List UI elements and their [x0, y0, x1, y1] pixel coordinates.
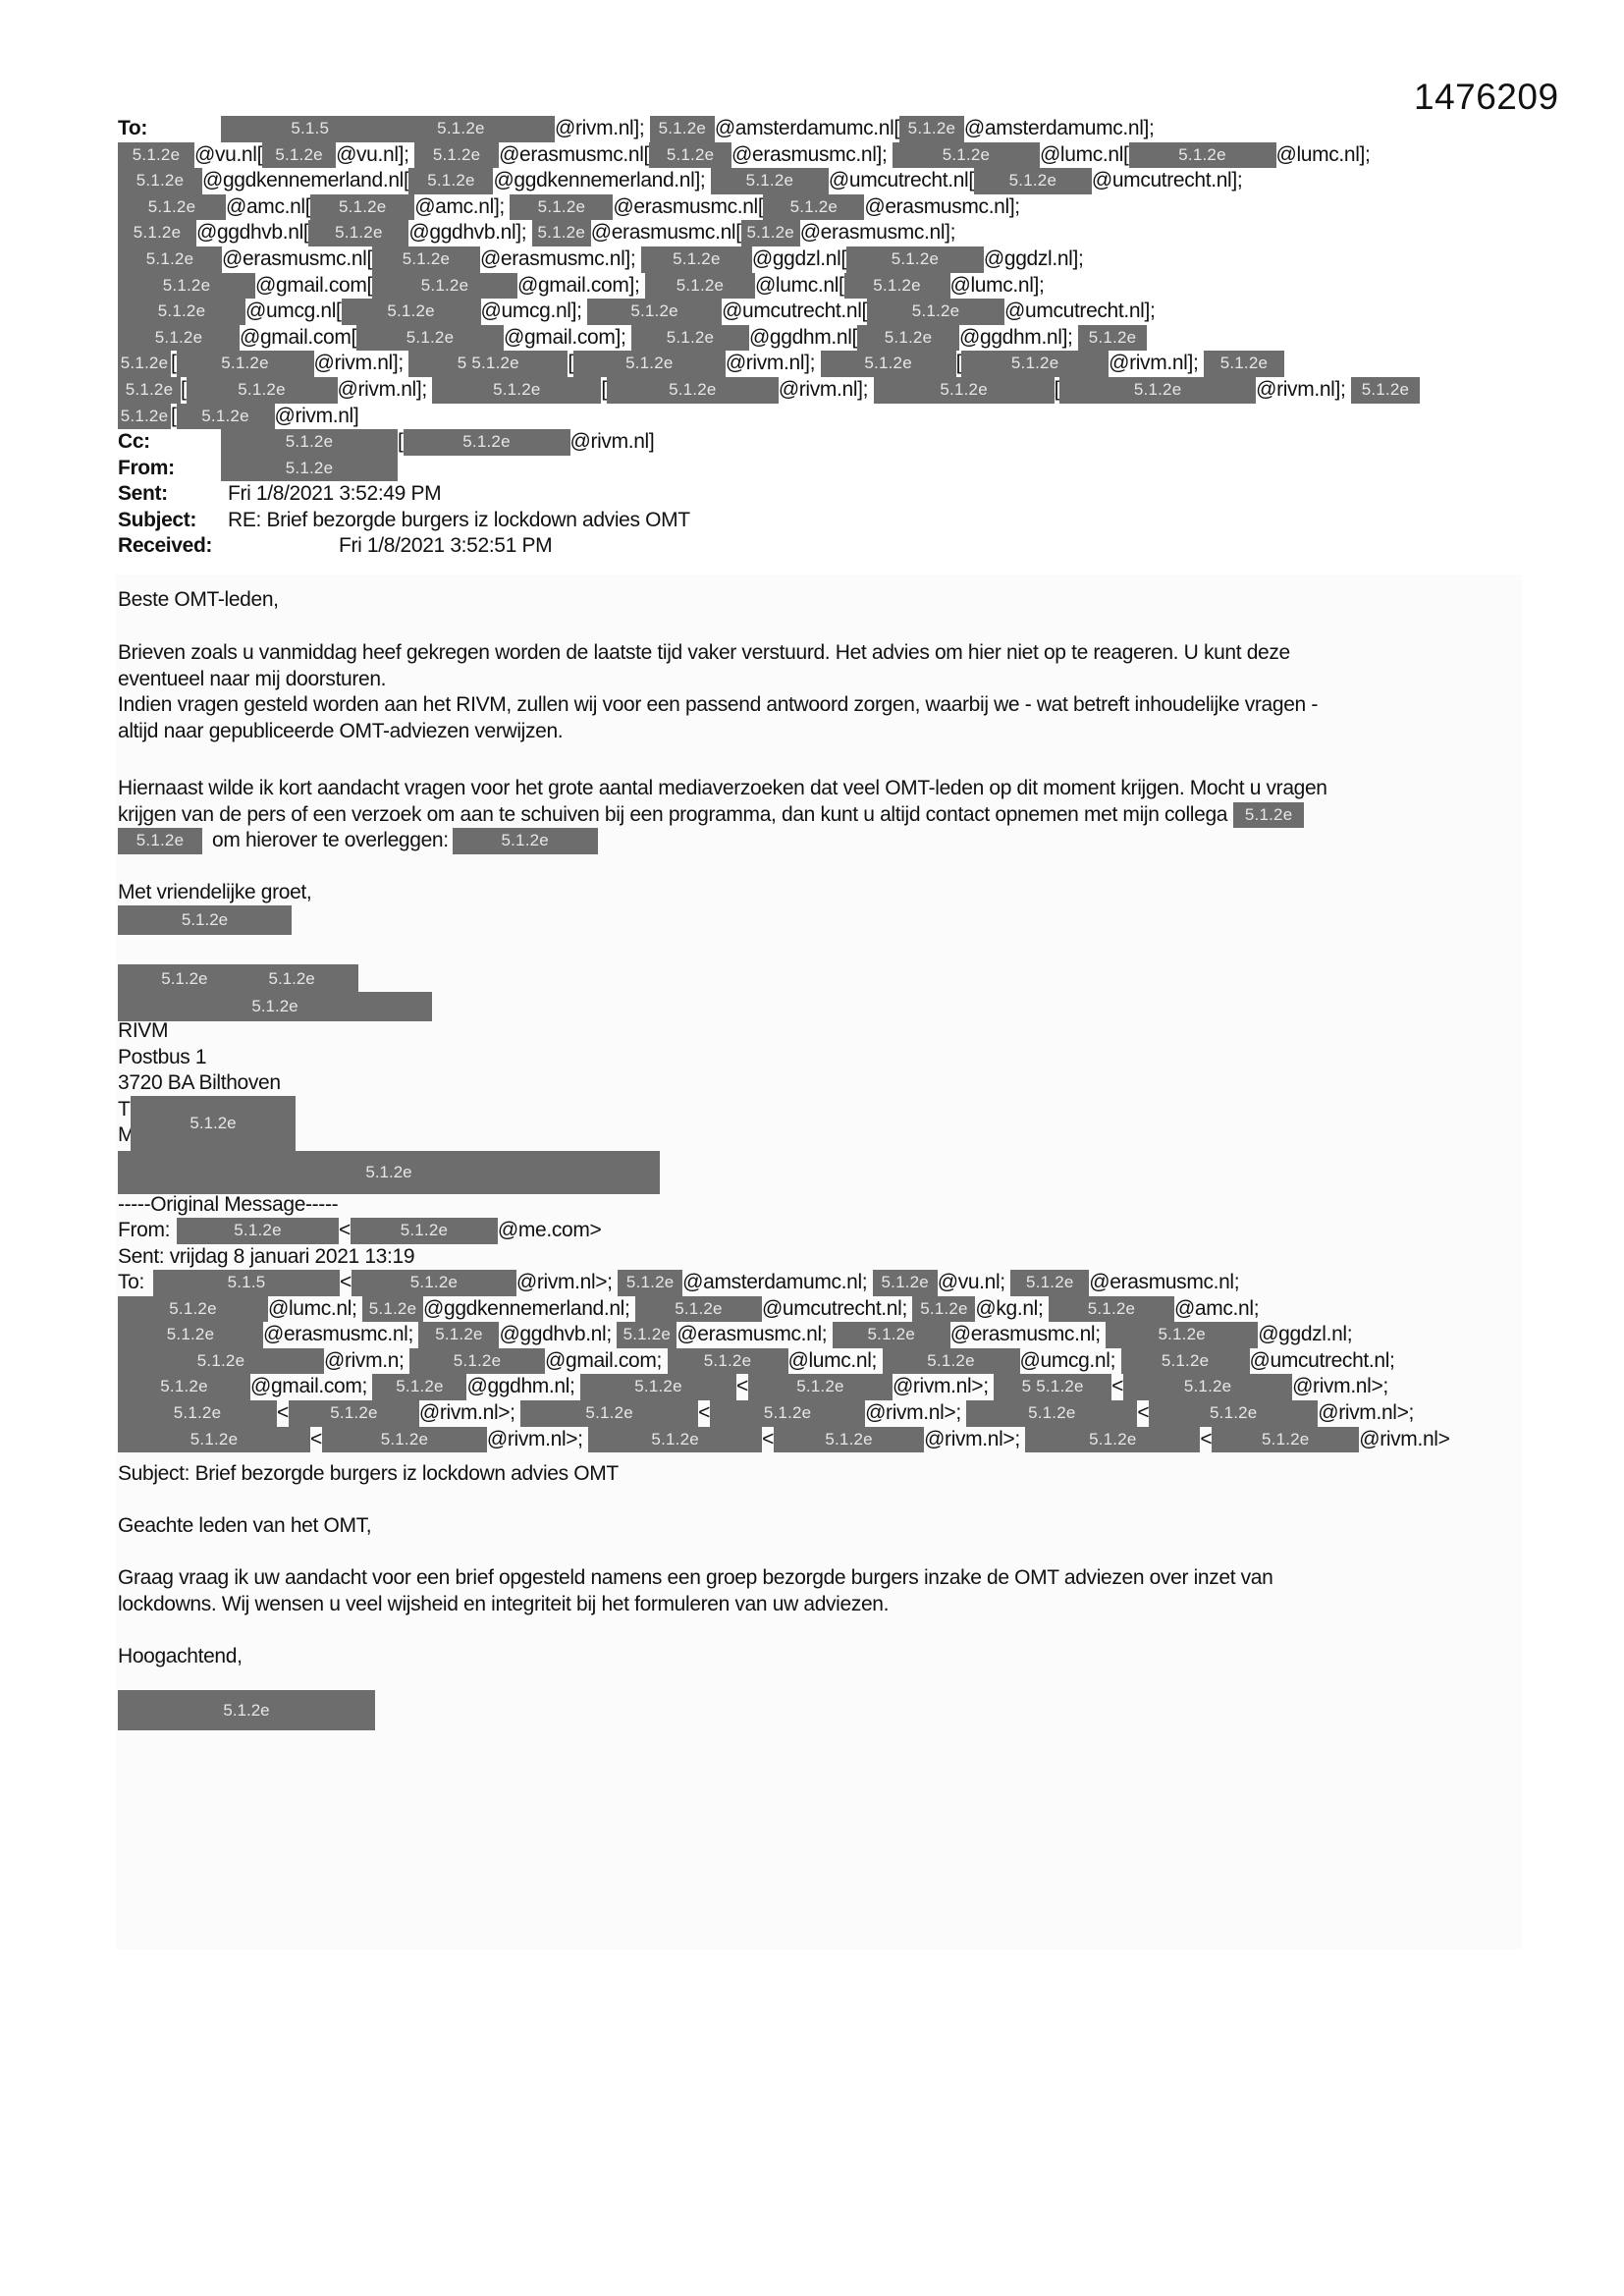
paragraph-2: Hiernaast wilde ik kort aandacht vragen …	[118, 776, 1327, 854]
redaction: 5.1.2e	[587, 299, 722, 325]
redaction: 5.1.2e	[635, 1296, 762, 1323]
redaction: 5.1.2e	[404, 429, 570, 456]
redaction: 5.1.2e	[177, 404, 275, 430]
original-recipient-text: @rivm.nl>;	[1292, 1374, 1388, 1400]
original-to-label: To:	[118, 1270, 153, 1296]
redaction: 5.1.2e	[873, 1270, 938, 1296]
original-recipient-text: @rivm.nl>;	[487, 1427, 588, 1453]
redaction: 5.1.2e	[372, 1374, 466, 1400]
original-recipient-text: @umcg.nl;	[1020, 1348, 1121, 1375]
original-recipient-text: @rivm.nl>;	[419, 1400, 520, 1427]
to-recipient-line: 5.1.2e@erasmusmc.nl[5.1.2e@erasmusmc.nl]…	[118, 246, 1532, 273]
recipient-text: @lumc.nl];	[1276, 142, 1371, 169]
original-recipient-text: <	[1111, 1374, 1123, 1400]
recipient-text: @gmail.com[	[255, 273, 372, 300]
cc-text: @rivm.nl]	[570, 429, 655, 456]
p1-line: altijd naar gepubliceerde OMT-adviezen v…	[118, 719, 1318, 745]
cc-label: Cc:	[118, 429, 221, 456]
sent-value: Fri 1/8/2021 3:52:49 PM	[228, 481, 441, 508]
original-to-line: To:5.1.5<5.1.2e@rivm.nl>; 5.1.2e@amsterd…	[118, 1270, 1532, 1296]
recipient-text: @umcutrecht.nl];	[1092, 168, 1242, 194]
original-recipient-text: @ggdzl.nl;	[1258, 1322, 1352, 1348]
redaction: 5.1.2e	[118, 377, 181, 404]
recipient-text: @erasmusmc.nl[	[613, 194, 763, 221]
original-recipient-text: @rivm.nl>;	[865, 1400, 966, 1427]
redaction: 5.1.2e	[607, 377, 779, 404]
recipient-text: @erasmusmc.nl];	[864, 194, 1019, 221]
recipient-text: @ggdhvb.nl];	[408, 220, 531, 246]
original-recipient-text: <	[698, 1400, 710, 1427]
recipient-text: @ggdkennemerland.nl];	[493, 168, 710, 194]
redaction: 5.1.2e	[846, 246, 984, 273]
original-to-list: To:5.1.5<5.1.2e@rivm.nl>; 5.1.2e@amsterd…	[118, 1270, 1532, 1452]
original-recipient-text: @rivm.nl>;	[516, 1270, 618, 1296]
redaction: 5.1.2e	[322, 1427, 487, 1453]
redaction: 5.1.2e	[1233, 802, 1304, 829]
recipient-text: @rivm.nl];	[1109, 351, 1204, 377]
original-sent-row: Sent: vrijdag 8 januari 2021 13:19	[118, 1244, 1532, 1271]
redaction: 5.1.2e	[118, 1348, 324, 1375]
original-greeting: Geachte leden van het OMT,	[118, 1513, 371, 1540]
original-from-label: From:	[118, 1218, 177, 1244]
original-closing: Hoogachtend,	[118, 1644, 243, 1670]
subject-row: Subject: RE: Brief bezorgde burgers iz l…	[118, 508, 1532, 534]
redaction: 5.1.2e	[763, 194, 864, 221]
original-header: From: 5.1.2e<5.1.2e@me.com> Sent: vrijda…	[118, 1218, 1532, 1270]
original-recipient-text: @gmail.com;	[250, 1374, 372, 1400]
redaction: 5.1.2e	[573, 351, 726, 377]
to-recipient-line: 5.1.2e@gmail.com[5.1.2e@gmail.com]; 5.1.…	[118, 325, 1532, 352]
redaction: 5.1.2e	[1212, 1427, 1359, 1453]
redaction: 5.1.2e	[308, 220, 408, 246]
original-subject: Subject: Brief bezorgde burgers iz lockd…	[118, 1461, 619, 1488]
address-line: 3720 BA Bilthoven	[118, 1070, 281, 1097]
original-recipient-text: @rivm.nl>;	[1318, 1400, 1414, 1427]
received-label: Received:	[118, 533, 339, 560]
redaction: 5.1.2e	[414, 142, 499, 169]
redaction: 5.1.2e	[668, 1348, 788, 1375]
original-body-line: Graag vraag ik uw aandacht voor een brie…	[118, 1565, 1272, 1592]
redaction: 5.1.2e	[356, 325, 504, 352]
original-to-line: 5.1.2e@erasmusmc.nl; 5.1.2e@ggdhvb.nl; 5…	[118, 1322, 1532, 1348]
recipient-text: @erasmusmc.nl[	[591, 220, 741, 246]
recipient-text: @erasmusmc.nl];	[800, 220, 955, 246]
recipient-text: @amc.nl];	[414, 194, 510, 221]
p2-line: 5.1.2e om hierover te overleggen: 5.1.2e	[118, 828, 1327, 854]
recipient-text: @vu.nl];	[336, 142, 414, 169]
original-recipient-text: <	[1137, 1400, 1149, 1427]
recipient-text: @umcutrecht.nl[	[722, 299, 867, 325]
redaction: 5.1.2e	[118, 325, 240, 352]
redaction: 5.1.2e	[1049, 1296, 1174, 1323]
to-recipient-line: 5.1.2e@umcg.nl[5.1.2e@umcg.nl]; 5.1.2e@u…	[118, 299, 1532, 325]
redaction: 5.1.2e	[409, 1348, 545, 1375]
recipient-text: @lumc.nl[	[1040, 142, 1129, 169]
redaction: 5.1.2e	[177, 351, 314, 377]
sender-name-redaction: 5.1.2e	[118, 905, 292, 935]
original-recipient-text: <	[277, 1400, 289, 1427]
redaction: 5.1.2e	[1204, 351, 1284, 377]
redaction: 5.1.2e	[974, 168, 1092, 194]
original-recipient-text: <	[340, 1270, 352, 1296]
redaction: 5.1.2e	[118, 404, 171, 430]
to-recipient-line: 5.1.2e@ggdkennemerland.nl[5.1.2e@ggdkenn…	[118, 168, 1532, 194]
to-recipient-line: 5.1.2e[5.1.2e@rivm.nl]	[118, 404, 1532, 430]
redaction: 5.1.2e	[867, 299, 1004, 325]
original-from-text: <	[339, 1218, 351, 1244]
recipient-text: @vu.nl[	[194, 142, 262, 169]
subject-label: Subject:	[118, 508, 228, 534]
original-to-line: 5.1.2e@lumc.nl; 5.1.2e@ggdkennemerland.n…	[118, 1296, 1532, 1323]
original-recipient-text: @vu.nl;	[938, 1270, 1011, 1296]
redaction: 5.1.2e	[883, 1348, 1020, 1375]
to-recipient-line: 5.1.2e@vu.nl[5.1.2e@vu.nl]; 5.1.2e@erasm…	[118, 142, 1532, 169]
p1-line: eventueel naar mij doorsturen.	[118, 667, 1318, 693]
redaction: 5.1.2e	[362, 1296, 423, 1323]
paragraph-1: Brieven zoals u vanmiddag heef gekregen …	[118, 640, 1318, 744]
redaction: 5.1.2e	[1078, 325, 1147, 352]
recipient-text: @erasmusmc.nl[	[222, 246, 372, 273]
original-signature-redaction: 5.1.2e	[118, 1690, 375, 1730]
recipient-text: @ggdhvb.nl[	[196, 220, 308, 246]
redaction: 5.1.2e	[961, 351, 1109, 377]
original-recipient-text: @ggdhm.nl;	[466, 1374, 580, 1400]
original-recipient-text: @rivm.n;	[324, 1348, 409, 1375]
p1-line: Brieven zoals u vanmiddag heef gekregen …	[118, 640, 1318, 667]
to-recipient-line: 5.1.2e@amc.nl[5.1.2e@amc.nl]; 5.1.2e@era…	[118, 194, 1532, 221]
redaction: 5.1.2e	[748, 1374, 893, 1400]
redaction: 5.1.2e	[432, 377, 601, 404]
redaction: 5.1.2e	[342, 299, 481, 325]
sent-label: Sent:	[118, 481, 228, 508]
recipient-text: @rivm.nl];	[1256, 377, 1351, 404]
recipient-text: @ggdhm.nl];	[959, 325, 1078, 352]
to-recipient-line: 5.1.2e[5.1.2e@rivm.nl]; 5 5.1.2e[5.1.2e@…	[118, 351, 1532, 377]
recipient-text: @amc.nl[	[226, 194, 310, 221]
redaction: 5.1.2e	[893, 142, 1040, 169]
redaction: 5.1.2e	[912, 1296, 975, 1323]
p1-line: Indien vragen gesteld worden aan het RIV…	[118, 692, 1318, 719]
redaction: 5.1.2e	[418, 1322, 499, 1348]
address-line: Postbus 1	[118, 1045, 281, 1071]
recipient-text: @rivm.nl];	[338, 377, 433, 404]
redaction: 5.1.55.1.2e	[221, 116, 555, 142]
p2-line-text: krijgen van de pers of een verzoek om aa…	[118, 802, 1227, 829]
redaction: 5.1.2e	[1129, 142, 1276, 169]
cc-row: Cc: 5.1.2e[5.1.2e@rivm.nl]	[118, 429, 1532, 456]
original-recipient-text: <	[736, 1374, 748, 1400]
recipient-text: @umcutrecht.nl[	[829, 168, 974, 194]
original-recipient-text: @amc.nl;	[1174, 1296, 1259, 1323]
original-body: Graag vraag ik uw aandacht voor een brie…	[118, 1565, 1272, 1617]
received-row: Received: Fri 1/8/2021 3:52:51 PM	[118, 533, 1532, 560]
to-recipient-line: 5.1.2e@ggdhvb.nl[5.1.2e@ggdhvb.nl]; 5.1.…	[118, 220, 1532, 246]
redaction: 5.1.2e	[641, 246, 752, 273]
redaction: 5.1.2e	[177, 1218, 339, 1244]
redaction: 5.1.2e	[262, 142, 336, 169]
original-from-text: @me.com>	[498, 1218, 601, 1244]
closing: Met vriendelijke groet,	[118, 880, 311, 906]
redaction: 5.1.2e	[1123, 1374, 1292, 1400]
reply-meta: Cc: 5.1.2e[5.1.2e@rivm.nl] From: 5.1.2e …	[118, 429, 1532, 560]
redaction: 5.1.2e	[588, 1427, 762, 1453]
sender-title-redaction: 5.1.2e5.1.2e	[118, 964, 358, 994]
redaction: 5.1.2e	[618, 1270, 682, 1296]
redaction: 5.1.2e	[774, 1427, 924, 1453]
original-recipient-text: @erasmusmc.nl;	[950, 1322, 1106, 1348]
recipient-text: @erasmusmc.nl];	[480, 246, 641, 273]
recipient-text: @ggdzl.nl[	[752, 246, 846, 273]
redaction: 5.1.2e	[741, 220, 800, 246]
recipient-text: @amsterdamumc.nl];	[964, 116, 1155, 142]
original-recipient-text: @lumc.nl;	[788, 1348, 883, 1375]
redaction: 5.1.2e	[352, 1270, 516, 1296]
original-recipient-text: @ggdhvb.nl;	[499, 1322, 617, 1348]
original-to-line: 5.1.2e@gmail.com; 5.1.2e@ggdhm.nl; 5.1.2…	[118, 1374, 1532, 1400]
original-recipient-text: @erasmusmc.nl;	[263, 1322, 418, 1348]
redaction: 5.1.2e	[510, 194, 613, 221]
redaction: 5.1.2e	[532, 220, 591, 246]
p2-line: krijgen van de pers of een verzoek om aa…	[118, 802, 1327, 829]
redaction: 5.1.2e	[118, 246, 222, 273]
redaction: 5.1.2e	[1106, 1322, 1258, 1348]
from-row: From: 5.1.2e	[118, 456, 1532, 482]
original-recipient-text: @umcutrecht.nl;	[762, 1296, 912, 1323]
recipient-text: @umcg.nl];	[481, 299, 588, 325]
recipient-text: @rivm.nl];	[555, 116, 650, 142]
reply-header: To:5.1.55.1.2e@rivm.nl]; 5.1.2e@amsterda…	[118, 116, 1532, 429]
recipient-text: @gmail.com];	[517, 273, 645, 300]
original-recipient-text: @lumc.nl;	[268, 1296, 362, 1323]
original-recipient-text: @gmail.com;	[545, 1348, 667, 1375]
redaction: 5.1.2e	[1149, 1400, 1318, 1427]
email-redaction: 5.1.2e	[118, 1151, 660, 1194]
to-recipient-line: 5.1.2e[5.1.2e@rivm.nl]; 5.1.2e[5.1.2e@ri…	[118, 377, 1532, 404]
original-recipient-text: @kg.nl;	[975, 1296, 1049, 1323]
original-recipient-text: @rivm.nl>;	[924, 1427, 1025, 1453]
redaction: 5.1.2e	[351, 1218, 498, 1244]
recipient-text: @lumc.nl];	[950, 273, 1045, 300]
redaction: 5.1.2e	[118, 1427, 310, 1453]
redaction: 5.1.2e	[408, 168, 493, 194]
recipient-text: @gmail.com[	[240, 325, 356, 352]
redaction: 5.1.2e	[1351, 377, 1420, 404]
original-recipient-text: <	[1200, 1427, 1212, 1453]
original-recipient-text: @ggdkennemerland.nl;	[423, 1296, 635, 1323]
recipient-text: @rivm.nl];	[779, 377, 874, 404]
redaction: 5.1.2e	[1010, 1270, 1089, 1296]
recipient-text: @gmail.com];	[504, 325, 631, 352]
original-recipient-text: @amsterdamumc.nl;	[682, 1270, 873, 1296]
original-recipient-text: @rivm.nl>	[1359, 1427, 1449, 1453]
redaction: 5.1.2e	[844, 273, 950, 300]
recipient-text: @ggdzl.nl];	[984, 246, 1084, 273]
redaction: 5.1.2e	[118, 142, 194, 169]
redaction: 5.1.2e	[631, 325, 749, 352]
recipient-text: @lumc.nl[	[755, 273, 844, 300]
redaction: 5.1.2e	[118, 1322, 263, 1348]
to-recipient-line: 5.1.2e@gmail.com[5.1.2e@gmail.com]; 5.1.…	[118, 273, 1532, 300]
redaction: 5 5.1.2e	[994, 1374, 1111, 1400]
redaction: 5.1.2e	[710, 1400, 865, 1427]
recipient-text: @rivm.nl];	[314, 351, 409, 377]
from-label: From:	[118, 456, 221, 482]
redaction: 5.1.2e	[520, 1400, 698, 1427]
recipient-text: @amsterdamumc.nl[	[715, 116, 899, 142]
redaction: 5.1.2e	[821, 351, 956, 377]
org-name: RIVM	[118, 1018, 281, 1045]
redaction: 5.1.2e	[899, 116, 964, 142]
original-recipient-text: @erasmusmc.nl;	[1089, 1270, 1239, 1296]
redaction: 5.1.2e	[711, 168, 829, 194]
recipient-text: @umcutrecht.nl];	[1004, 299, 1155, 325]
redaction: 5.1.2e	[221, 429, 398, 456]
redaction: 5.1.2e	[118, 1374, 250, 1400]
redaction: 5.1.2e	[118, 299, 245, 325]
redaction: 5.1.2e	[645, 273, 755, 300]
redaction: 5.1.2e	[187, 377, 338, 404]
redaction: 5.1.2e	[1121, 1348, 1250, 1375]
sent-row: Sent: Fri 1/8/2021 3:52:49 PM	[118, 481, 1532, 508]
redaction: 5.1.2e	[1059, 377, 1256, 404]
original-recipient-text: <	[762, 1427, 774, 1453]
redaction: 5.1.2e	[649, 142, 731, 169]
redaction: 5.1.2e	[118, 168, 202, 194]
redaction: 5.1.2e	[372, 273, 517, 300]
to-recipient-line: To:5.1.55.1.2e@rivm.nl]; 5.1.2e@amsterda…	[118, 116, 1532, 142]
original-body-line: lockdowns. Wij wensen u veel wijsheid en…	[118, 1592, 1272, 1618]
redaction: 5.1.2e	[857, 325, 959, 352]
redaction: 5.1.2e	[1025, 1427, 1200, 1453]
document-number: 1476209	[1414, 77, 1559, 118]
original-recipient-text: @rivm.nl>;	[893, 1374, 994, 1400]
redaction: 5.1.2e	[833, 1322, 950, 1348]
recipient-text: @erasmusmc.nl[	[499, 142, 649, 169]
phone-redaction: 5.1.2e	[131, 1096, 296, 1151]
p2-line: Hiernaast wilde ik kort aandacht vragen …	[118, 776, 1327, 802]
sender-department-redaction: 5.1.2e	[118, 992, 432, 1021]
redaction: 5.1.2e	[118, 1296, 268, 1323]
recipient-text: @ggdkennemerland.nl[	[202, 168, 408, 194]
redaction: 5.1.2e	[650, 116, 715, 142]
original-to-line: 5.1.2e<5.1.2e@rivm.nl>; 5.1.2e<5.1.2e@ri…	[118, 1427, 1532, 1453]
original-to-line: 5.1.2e<5.1.2e@rivm.nl>; 5.1.2e<5.1.2e@ri…	[118, 1400, 1532, 1427]
p2-line-text: om hierover te overleggen:	[212, 828, 449, 854]
recipient-text: @ggdhm.nl[	[749, 325, 857, 352]
redaction: 5.1.2e	[118, 351, 171, 377]
redaction: 5.1.2e	[118, 828, 202, 854]
redaction: 5.1.2e	[453, 828, 598, 854]
greeting: Beste OMT-leden,	[118, 587, 279, 614]
recipient-text: @erasmusmc.nl];	[731, 142, 893, 169]
redaction: 5.1.5	[153, 1270, 340, 1296]
redaction: 5.1.2e	[310, 194, 414, 221]
redaction: 5.1.2e	[118, 194, 226, 221]
redaction: 5.1.2e	[372, 246, 480, 273]
original-recipient-text: @erasmusmc.nl;	[677, 1322, 832, 1348]
subject-value: RE: Brief bezorgde burgers iz lockdown a…	[228, 508, 690, 534]
original-separator: -----Original Message-----	[118, 1192, 338, 1219]
redaction: 5.1.2e	[289, 1400, 419, 1427]
redaction: 5.1.2e	[221, 456, 398, 482]
redaction: 5.1.2e	[966, 1400, 1137, 1427]
redaction: 5.1.2e	[118, 220, 196, 246]
recipient-text: @rivm.nl];	[726, 351, 821, 377]
received-value: Fri 1/8/2021 3:52:51 PM	[339, 533, 552, 560]
redaction: 5.1.2e	[118, 273, 255, 300]
redaction: 5.1.2e	[580, 1374, 736, 1400]
recipient-text: @umcg.nl[	[245, 299, 342, 325]
original-recipient-text: <	[310, 1427, 322, 1453]
to-label: To:	[118, 116, 221, 142]
redaction: 5 5.1.2e	[408, 351, 568, 377]
original-to-line: 5.1.2e@rivm.n; 5.1.2e@gmail.com; 5.1.2e@…	[118, 1348, 1532, 1375]
original-sent: Sent: vrijdag 8 januari 2021 13:19	[118, 1244, 414, 1271]
recipient-text: @rivm.nl]	[275, 404, 359, 430]
redaction: 5.1.2e	[874, 377, 1055, 404]
redaction: 5.1.2e	[617, 1322, 677, 1348]
original-from-row: From: 5.1.2e<5.1.2e@me.com>	[118, 1218, 1532, 1244]
original-recipient-text: @umcutrecht.nl;	[1250, 1348, 1395, 1375]
redaction: 5.1.2e	[118, 1400, 277, 1427]
